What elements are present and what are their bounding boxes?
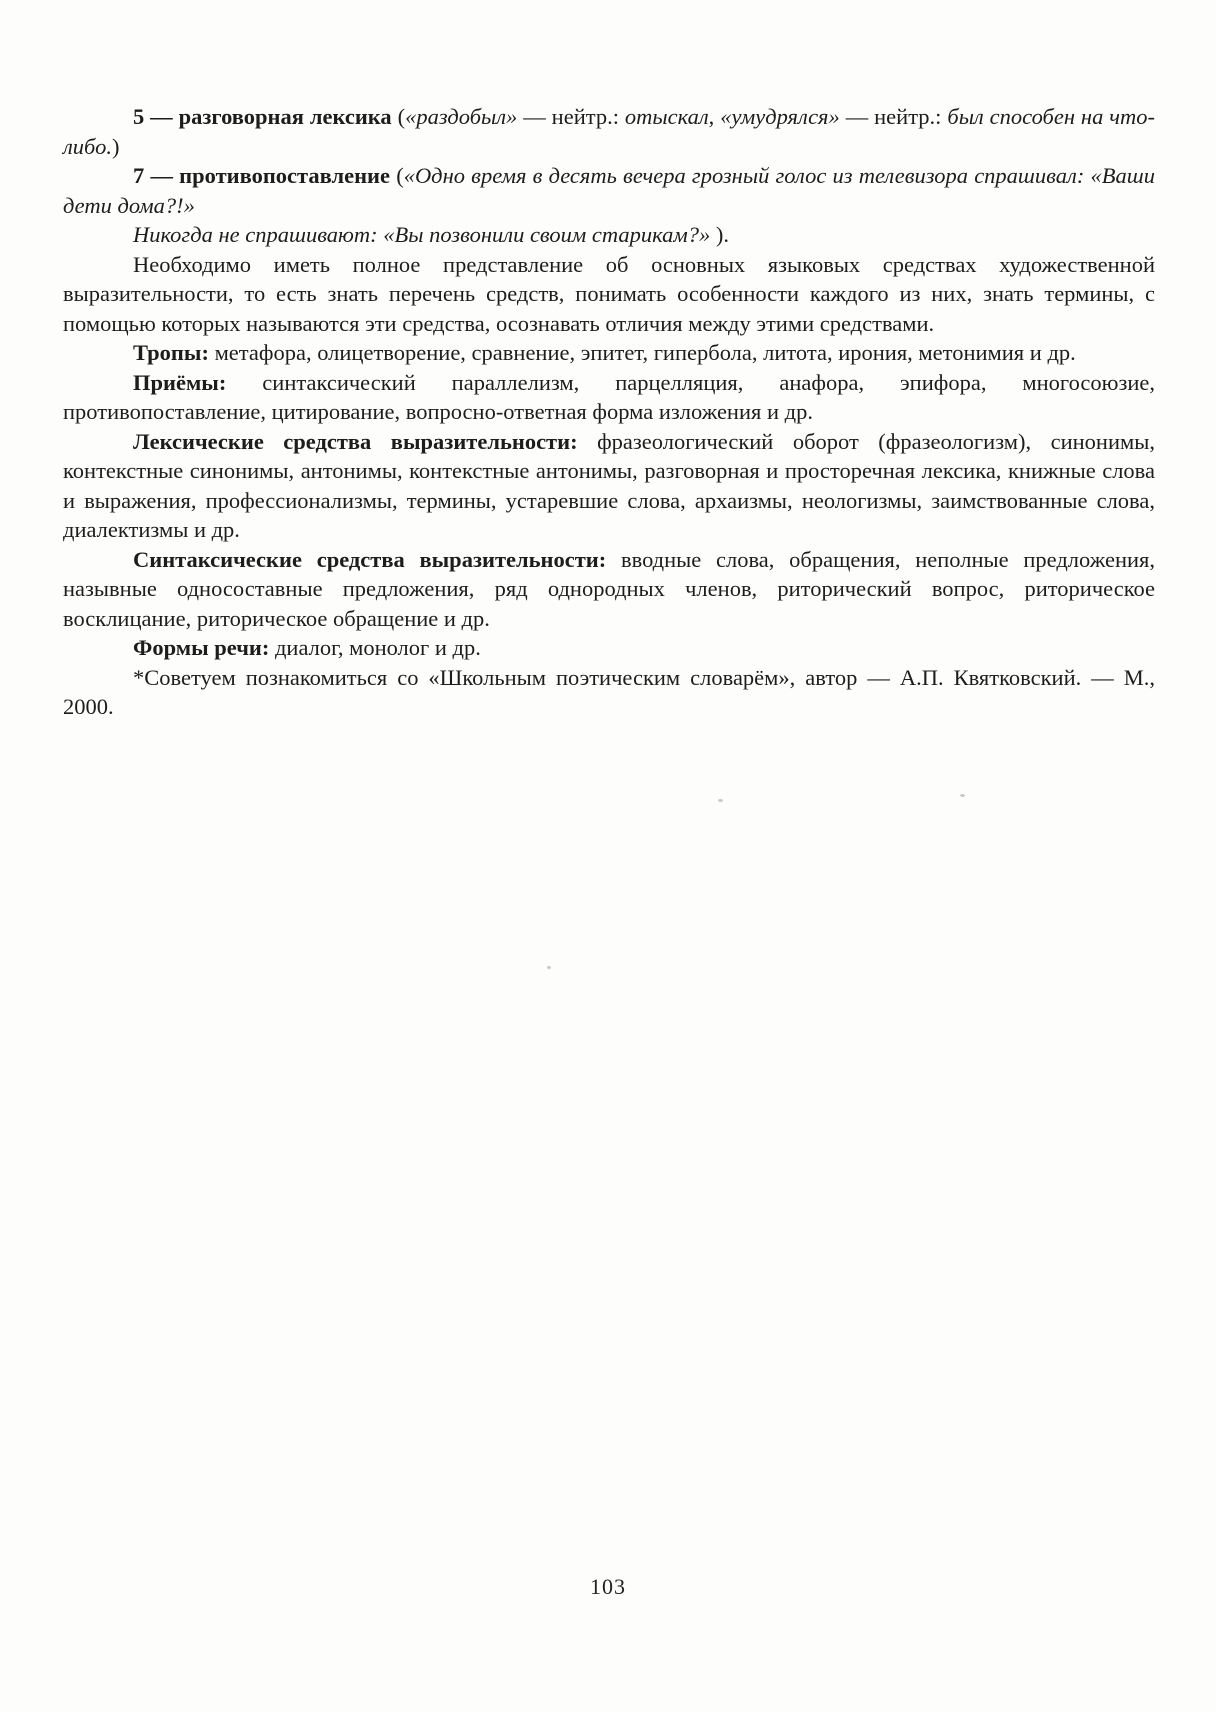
page-number: 103	[0, 1574, 1216, 1600]
paragraph: 5 — разговорная лексика («раздобыл» — не…	[63, 102, 1155, 161]
text-segment: *Советуем познакомиться со «Школьным поэ…	[63, 665, 1155, 720]
paragraph: Никогда не спрашивают: «Вы позвонили сво…	[63, 220, 1155, 250]
text-segment: 7 — противопоставление	[133, 163, 396, 188]
paragraph: *Советуем познакомиться со «Школьным поэ…	[63, 663, 1155, 722]
scanned-page: 5 — разговорная лексика («раздобыл» — не…	[0, 0, 1216, 1712]
paragraph: Формы речи: диалог, монолог и др.	[63, 633, 1155, 663]
paragraph: 7 — противопоставление («Одно время в де…	[63, 161, 1155, 220]
text-block: 5 — разговорная лексика («раздобыл» — не…	[63, 102, 1155, 722]
paragraph: Лексические средства выразительности: фр…	[63, 427, 1155, 545]
scan-speck	[718, 799, 723, 802]
scan-speck	[547, 966, 551, 969]
text-segment: (	[398, 104, 406, 129]
text-segment: «раздобыл»	[405, 104, 517, 129]
text-segment: Приёмы:	[133, 370, 226, 395]
text-segment: ).	[710, 222, 729, 247]
text-segment: (	[396, 163, 404, 188]
text-segment: Необходимо иметь полное представление об…	[63, 252, 1155, 336]
text-segment: Никогда не спрашивают: «Вы позвонили сво…	[133, 222, 710, 247]
text-segment: «умудрялся»	[720, 104, 840, 129]
text-segment: Тропы:	[133, 340, 209, 365]
text-segment: синтаксический параллелизм, парцелляция,…	[63, 370, 1155, 425]
text-segment: отыскал	[625, 104, 709, 129]
text-segment: ,	[709, 104, 721, 129]
paragraph: Приёмы: синтаксический параллелизм, парц…	[63, 368, 1155, 427]
text-segment: — нейтр.:	[517, 104, 625, 129]
text-segment: 5 — разговорная лексика	[133, 104, 398, 129]
text-segment: )	[112, 134, 120, 159]
text-segment: диалог, монолог и др.	[269, 635, 481, 660]
paragraph: Необходимо иметь полное представление об…	[63, 250, 1155, 339]
text-segment: Синтаксические средства выразительности:	[133, 547, 606, 572]
paragraph: Тропы: метафора, олицетворение, сравнени…	[63, 338, 1155, 368]
scan-speck	[960, 794, 965, 797]
text-segment: метафора, олицетворение, сравнение, эпит…	[209, 340, 1076, 365]
text-segment: — нейтр.:	[840, 104, 948, 129]
text-segment: Лексические средства выразительности:	[133, 429, 578, 454]
text-segment: Формы речи:	[133, 635, 269, 660]
paragraph: Синтаксические средства выразительности:…	[63, 545, 1155, 634]
